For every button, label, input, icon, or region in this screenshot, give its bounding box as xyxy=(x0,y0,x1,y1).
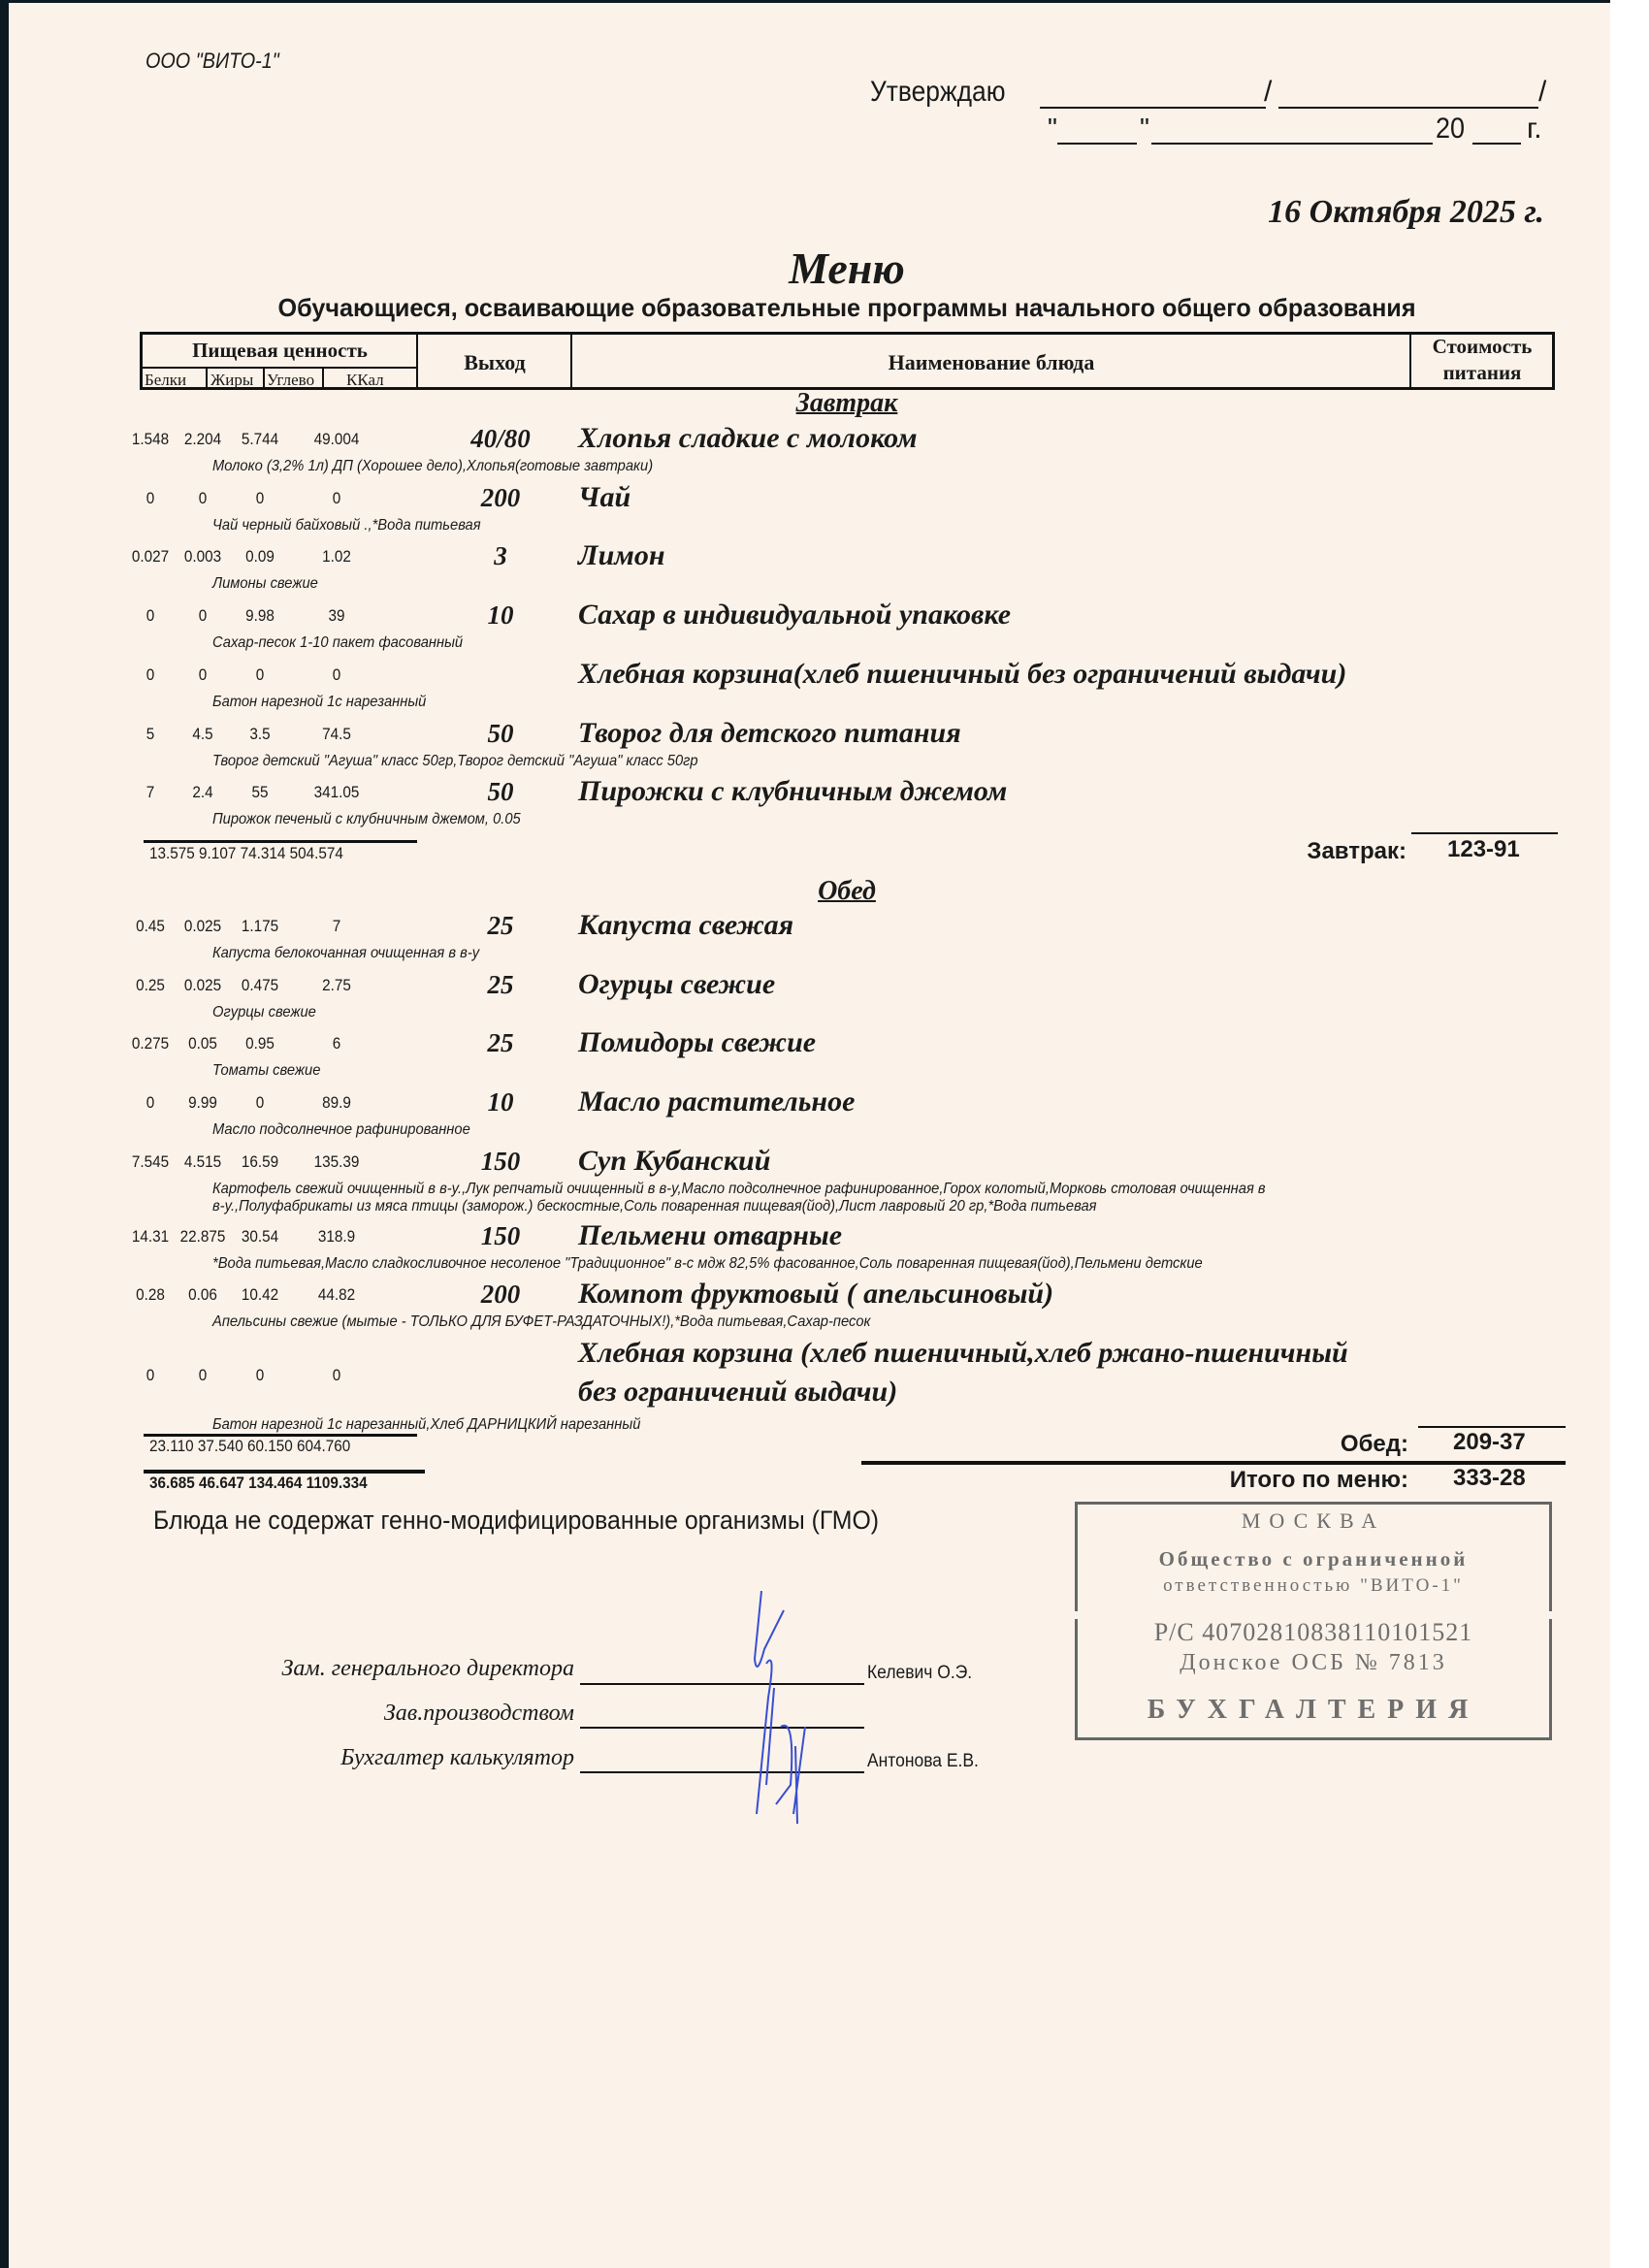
organization-name: ООО "ВИТО-1" xyxy=(145,49,279,74)
approve-slash-end: / xyxy=(1538,76,1546,109)
dish-ingredients: Апельсины свежие (мытые - ТОЛЬКО ДЛЯ БУФ… xyxy=(212,1313,870,1331)
nutrition-carbs: 55 xyxy=(230,783,291,802)
breakfast-sum-label: Завтрак: xyxy=(1203,838,1406,865)
nutrition-kcal: 1.02 xyxy=(307,547,368,567)
nutrition-fats: 0 xyxy=(173,489,234,508)
nutrition-fats: 2.204 xyxy=(173,430,234,449)
gmo-note: Блюда не содержат генно-модифицированные… xyxy=(153,1506,879,1536)
dish-yield: 50 xyxy=(457,777,544,807)
breakfast-section-title: Завтрак xyxy=(0,388,1649,419)
approve-label: Утверждаю xyxy=(870,76,1006,109)
dish-yield: 150 xyxy=(457,1147,544,1177)
header-kcal: ККал xyxy=(346,371,384,390)
header-cost-line2: питания xyxy=(1411,361,1553,385)
nutrition-carbs: 0 xyxy=(230,665,291,685)
header-divider xyxy=(143,367,418,369)
dish-name: Хлебная корзина (хлеб пшеничный,хлеб ржа… xyxy=(578,1337,1348,1370)
dish-yield: 150 xyxy=(457,1221,544,1251)
nutrition-carbs: 0.95 xyxy=(230,1034,291,1053)
stamp-account: Р/С 40702810838110101521 xyxy=(1078,1618,1549,1647)
dish-ingredients: Батон нарезной 1с нарезанный xyxy=(212,694,426,711)
signature-name-deputy: Келевич О.Э. xyxy=(867,1663,972,1684)
dish-ingredients: Пирожок печеный с клубничным джемом, 0.0… xyxy=(212,811,521,828)
dish-ingredients: Лимоны свежие xyxy=(212,575,318,593)
dish-ingredients: Молоко (3,2% 1л) ДП (Хорошее дело),Хлопь… xyxy=(212,458,653,475)
nutrition-fats: 0 xyxy=(173,606,234,626)
nutrition-fats: 0 xyxy=(173,1366,234,1385)
dish-yield: 40/80 xyxy=(457,424,544,454)
dish-name: Творог для детского питания xyxy=(578,717,961,750)
approve-name-line xyxy=(1278,107,1538,109)
grand-sum-value: 333-28 xyxy=(1453,1465,1526,1492)
header-divider xyxy=(322,367,324,387)
dish-ingredients: Томаты свежие xyxy=(212,1062,320,1080)
header-divider xyxy=(263,367,265,387)
dish-ingredients: Творог детский "Агуша" класс 50гр,Творог… xyxy=(212,753,698,770)
dish-yield: 3 xyxy=(457,541,544,571)
scan-edge xyxy=(0,0,9,2268)
nutrition-kcal: 74.5 xyxy=(307,725,368,744)
menu-title: Меню xyxy=(0,243,1649,294)
dish-ingredients: Капуста белокочанная очищенная в в-у xyxy=(212,945,479,962)
dish-name: Пельмени отварные xyxy=(578,1219,842,1252)
header-proteins: Белки xyxy=(145,371,186,390)
table-header: Пищевая ценность Белки Жиры Углево ККал … xyxy=(140,332,1555,390)
stamp-bank: Донское ОСБ № 7813 xyxy=(1078,1650,1549,1676)
dish-name: Компот фруктовый ( апельсиновый) xyxy=(578,1278,1053,1311)
dish-yield: 25 xyxy=(457,1028,544,1058)
nutrition-kcal: 135.39 xyxy=(307,1152,368,1172)
header-divider xyxy=(206,367,208,387)
stamp-department: БУХГАЛТЕРИЯ xyxy=(1078,1695,1549,1726)
dish-yield: 200 xyxy=(457,1280,544,1310)
header-dish-name: Наименование блюда xyxy=(572,350,1410,375)
header-nutrition: Пищевая ценность xyxy=(143,339,417,363)
header-carbs: Углево xyxy=(267,371,314,390)
nutrition-kcal: 7 xyxy=(307,917,368,936)
nutrition-carbs: 0 xyxy=(230,489,291,508)
nutrition-carbs: 0 xyxy=(230,1093,291,1113)
signature-name-accountant: Антонова Е.В. xyxy=(867,1751,979,1772)
dish-ingredients: Сахар-песок 1-10 пакет фасованный xyxy=(212,634,463,652)
nutrition-fats: 4.515 xyxy=(173,1152,234,1172)
quote-open: " xyxy=(1048,113,1057,144)
header-fats: Жиры xyxy=(210,371,253,390)
lunch-totals: 23.110 37.540 60.150 604.760 xyxy=(149,1437,350,1456)
dish-ingredients: *Вода питьевая,Масло сладкосливочное нес… xyxy=(212,1255,1203,1273)
breakfast-totals: 13.575 9.107 74.314 504.574 xyxy=(149,844,343,863)
nutrition-fats: 0.05 xyxy=(173,1034,234,1053)
dish-name: Суп Кубанский xyxy=(578,1145,770,1178)
year-line xyxy=(1472,143,1521,145)
dish-name: Капуста свежая xyxy=(578,909,793,942)
dish-ingredients: Масло подсолнечное рафинированное xyxy=(212,1121,470,1139)
dish-name: Масло растительное xyxy=(578,1085,855,1118)
handwritten-signature xyxy=(737,1591,844,1824)
company-stamp: МОСКВА Общество с ограниченной ответстве… xyxy=(1075,1502,1552,1740)
nutrition-kcal: 6 xyxy=(307,1034,368,1053)
dish-ingredients: Чай черный байховый .,*Вода питьевая xyxy=(212,517,481,535)
nutrition-kcal: 39 xyxy=(307,606,368,626)
quote-close: " xyxy=(1140,113,1149,144)
menu-date: 16 Октября 2025 г. xyxy=(0,194,1544,231)
nutrition-fats: 0.003 xyxy=(173,547,234,567)
dish-ingredients: Картофель свежий очищенный в в-у.,Лук ре… xyxy=(212,1181,1266,1198)
nutrition-fats: 9.99 xyxy=(173,1093,234,1113)
lunch-sum-value: 209-37 xyxy=(1453,1429,1526,1456)
stamp-city: МОСКВА xyxy=(1078,1508,1549,1534)
grand-sum-label: Итого по меню: xyxy=(1106,1467,1408,1494)
grand-totals: 36.685 46.647 134.464 1109.334 xyxy=(149,1474,368,1493)
nutrition-kcal: 318.9 xyxy=(307,1227,368,1247)
dish-ingredients: Огурцы свежие xyxy=(212,1004,316,1021)
year-suffix: г. xyxy=(1527,113,1542,146)
nutrition-kcal: 49.004 xyxy=(307,430,368,449)
header-yield: Выход xyxy=(418,350,571,375)
nutrition-carbs: 1.175 xyxy=(230,917,291,936)
month-line xyxy=(1151,143,1433,145)
nutrition-carbs: 30.54 xyxy=(230,1227,291,1247)
dish-name: Помидоры свежие xyxy=(578,1026,816,1059)
nutrition-carbs: 0.09 xyxy=(230,547,291,567)
dish-name: Огурцы свежие xyxy=(578,968,775,1001)
signature-role-production: Зав.производством xyxy=(215,1701,574,1727)
dish-yield: 10 xyxy=(457,1087,544,1118)
signature-role-deputy: Зам. генерального директора xyxy=(215,1656,574,1682)
breakfast-sum-rule xyxy=(1411,832,1558,834)
scan-edge-top xyxy=(0,0,1610,3)
lunch-section-title: Обед xyxy=(0,876,1649,907)
dish-yield: 200 xyxy=(457,483,544,513)
nutrition-fats: 0.06 xyxy=(173,1285,234,1305)
nutrition-kcal: 341.05 xyxy=(307,783,368,802)
nutrition-kcal: 0 xyxy=(307,489,368,508)
dish-name: Хлебная корзина(хлеб пшеничный без огран… xyxy=(578,658,1346,691)
dish-name: Пирожки с клубничным джемом xyxy=(578,775,1007,808)
nutrition-fats: 22.875 xyxy=(173,1227,234,1247)
year-prefix: 20 xyxy=(1436,113,1465,146)
day-line xyxy=(1057,143,1137,145)
signature-role-accountant: Бухгалтер калькулятор xyxy=(215,1745,574,1771)
menu-subtitle: Обучающиеся, осваивающие образовательные… xyxy=(25,293,1649,323)
nutrition-fats: 4.5 xyxy=(173,725,234,744)
nutrition-kcal: 0 xyxy=(307,665,368,685)
nutrition-carbs: 0.475 xyxy=(230,976,291,995)
dish-ingredients-line2: в-у.,Полуфабрикаты из мяса птицы (заморо… xyxy=(212,1198,1096,1215)
nutrition-kcal: 44.82 xyxy=(307,1285,368,1305)
dish-name: Сахар в индивидуальной упаковке xyxy=(578,599,1011,632)
dish-yield: 25 xyxy=(457,911,544,941)
nutrition-fats: 0.025 xyxy=(173,976,234,995)
dish-name: Хлопья сладкие с молоком xyxy=(578,422,918,455)
breakfast-totals-rule xyxy=(144,840,417,843)
nutrition-carbs: 0 xyxy=(230,1366,291,1385)
approve-signature-line xyxy=(1040,107,1266,109)
dish-ingredients: Батон нарезной 1с нарезанный,Хлеб ДАРНИЦ… xyxy=(212,1416,640,1434)
nutrition-carbs: 9.98 xyxy=(230,606,291,626)
nutrition-carbs: 5.744 xyxy=(230,430,291,449)
dish-yield: 10 xyxy=(457,600,544,631)
breakfast-sum-value: 123-91 xyxy=(1447,836,1520,863)
dish-name: Чай xyxy=(578,481,630,514)
lunch-sum-rule xyxy=(1418,1426,1566,1428)
nutrition-fats: 0 xyxy=(173,665,234,685)
approve-slash: / xyxy=(1264,76,1272,109)
stamp-line2: ответственностью "ВИТО-1" xyxy=(1078,1575,1549,1597)
dish-name: Лимон xyxy=(578,539,664,572)
header-cost-line1: Стоимость xyxy=(1411,335,1553,359)
nutrition-kcal: 0 xyxy=(307,1366,368,1385)
nutrition-fats: 0.025 xyxy=(173,917,234,936)
dish-name-line2: без ограничений выдачи) xyxy=(578,1376,897,1409)
dish-yield: 50 xyxy=(457,719,544,749)
lunch-sum-label: Обед: xyxy=(1203,1431,1408,1458)
nutrition-kcal: 2.75 xyxy=(307,976,368,995)
dish-yield: 25 xyxy=(457,970,544,1000)
nutrition-carbs: 10.42 xyxy=(230,1285,291,1305)
nutrition-carbs: 16.59 xyxy=(230,1152,291,1172)
stamp-line1: Общество с ограниченной xyxy=(1078,1547,1549,1571)
nutrition-carbs: 3.5 xyxy=(230,725,291,744)
nutrition-kcal: 89.9 xyxy=(307,1093,368,1113)
nutrition-fats: 2.4 xyxy=(173,783,234,802)
